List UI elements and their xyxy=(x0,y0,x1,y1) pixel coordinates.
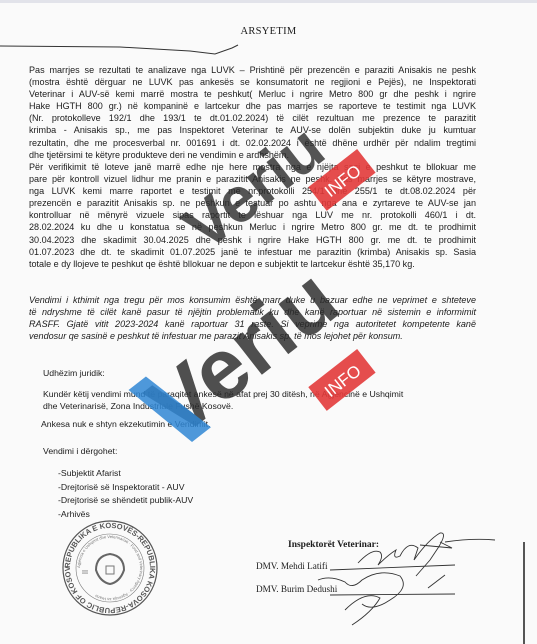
veriu-info-watermark: Veriu INFO INFO Veriu xyxy=(0,0,537,644)
svg-text:Veriu: Veriu xyxy=(131,250,356,455)
